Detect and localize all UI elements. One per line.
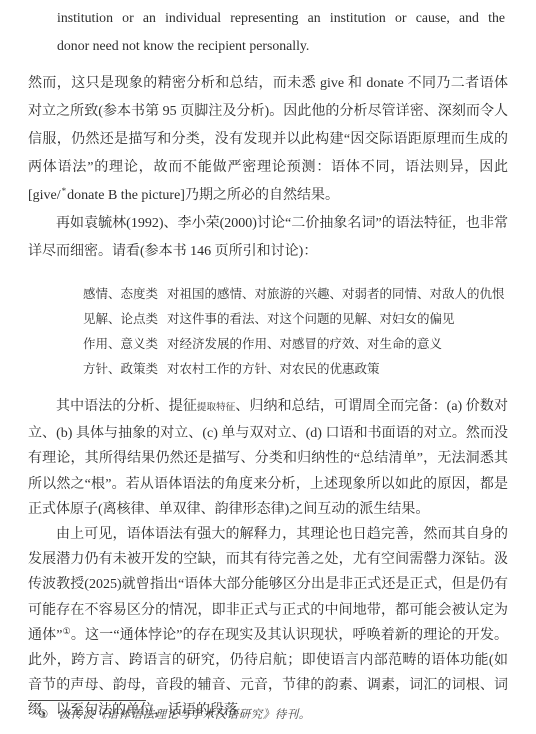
footnote-area: ①汲传波《语体语法理论与学术汉语研究》待刊。 (28, 700, 508, 722)
paragraph-give-donate: 然而，这只是现象的精密分析和总结，而未悉 give 和 donate 不同乃二者… (28, 70, 508, 210)
footnote-text: 汲传波《语体语法理论与学术汉语研究》待刊。 (59, 709, 311, 721)
glossary-content: 对祖国的感情、对旅游的兴趣、对弱者的同情、对敌人的仇恨 (167, 282, 505, 307)
glossary-row: 见解、论点类 对这件事的看法、对这个问题的见解、对妇女的偏见 (83, 307, 508, 332)
footnote: ①汲传波《语体语法理论与学术汉语研究》待刊。 (28, 706, 508, 722)
paragraph-summary: 其中语法的分析、提征提取特征、归纳和总结，可谓周全而完备：(a) 价数对立、(b… (28, 394, 508, 522)
footnote-marker: ① (38, 709, 49, 721)
glossary-label: 作用、意义类 (83, 332, 158, 357)
text-segment: 、归纳和总结，可谓周全而完备：(a) 价数对立、(b) 具体与抽象的对立、(c)… (28, 399, 508, 517)
inline-annotation: 提取特征 (197, 403, 235, 413)
glossary-label: 方针、政策类 (83, 357, 158, 382)
text-segment: 其中语法的分析、提征 (56, 399, 197, 414)
book-page: institution or an individual representin… (0, 0, 536, 734)
asterisk-superscript: * (62, 186, 67, 196)
footnote-divider (28, 700, 146, 701)
quote-line-2: donor need not know the recipient person… (57, 32, 505, 60)
glossary-content: 对农村工作的方针、对农民的优惠政策 (167, 357, 380, 382)
text-segment: 由上可见，语体语法有强大的解释力，其理论也日趋完善，然而其自身的发展潜力仍有未被… (28, 527, 508, 643)
english-quote-block: institution or an individual representin… (57, 4, 505, 60)
quote-line-1: institution or an individual representin… (57, 4, 505, 32)
text-segment: 然而，这只是现象的精密分析和总结，而未悉 give 和 donate 不同乃二者… (28, 76, 508, 203)
glossary-content: 对经济发展的作用、对感冒的疗效、对生命的意义 (167, 332, 442, 357)
glossary-label: 见解、论点类 (83, 307, 158, 332)
glossary-row: 感情、态度类 对祖国的感情、对旅游的兴趣、对弱者的同情、对敌人的仇恨 (83, 282, 508, 307)
glossary-row: 方针、政策类 对农村工作的方针、对农民的优惠政策 (83, 357, 508, 382)
paragraph-outlook: 由上可见，语体语法有强大的解释力，其理论也日趋完善，然而其自身的发展潜力仍有未被… (28, 522, 508, 724)
glossary-label: 感情、态度类 (83, 282, 158, 307)
glossary-table: 感情、态度类 对祖国的感情、对旅游的兴趣、对弱者的同情、对敌人的仇恨 见解、论点… (83, 282, 508, 382)
text-segment: donate B the picture]乃期之所必的自然结果。 (67, 188, 339, 203)
paragraph-yuanyulin: 再如袁毓林(1992)、李小荣(2000)讨论“二价抽象名词”的语法特征，也非常… (28, 210, 508, 266)
glossary-content: 对这件事的看法、对这个问题的见解、对妇女的偏见 (167, 307, 455, 332)
footnote-ref-superscript: ① (63, 626, 71, 636)
glossary-row: 作用、意义类 对经济发展的作用、对感冒的疗效、对生命的意义 (83, 332, 508, 357)
